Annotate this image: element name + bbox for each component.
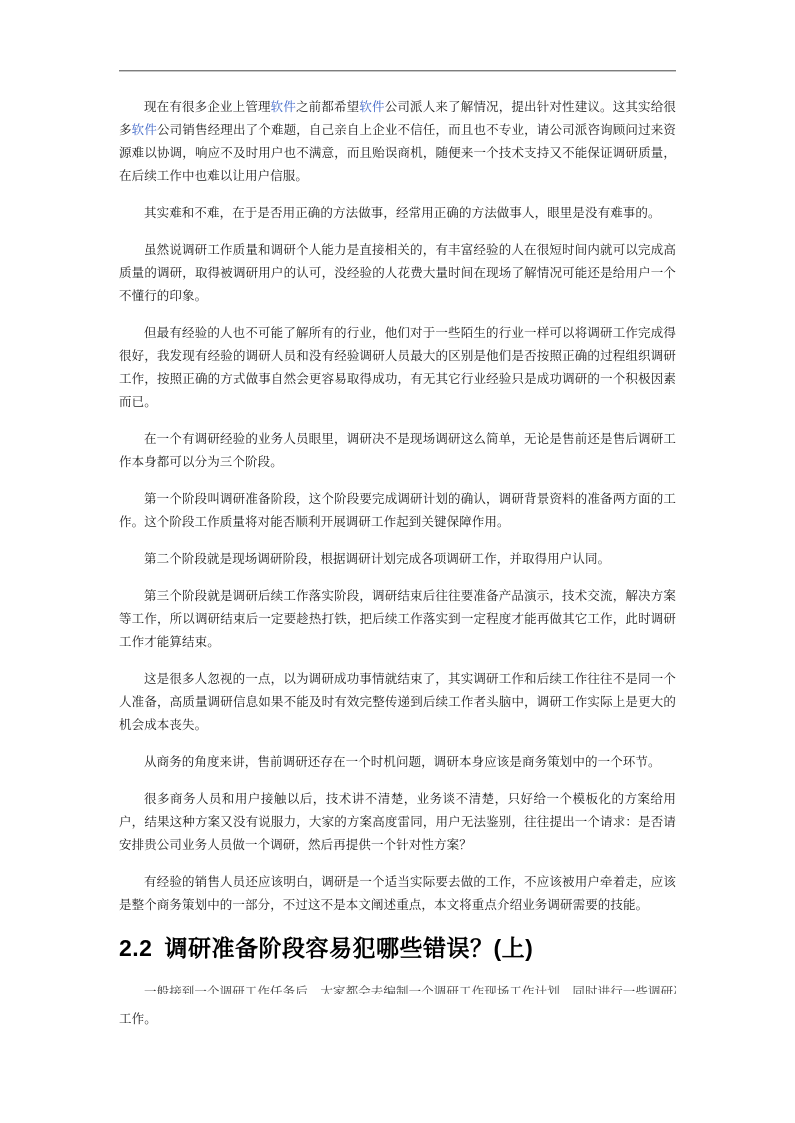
paragraph: 第二个阶段就是现场调研阶段，根据调研计划完成各项调研工作，并取得用户认同。: [119, 548, 676, 571]
paragraph-text: 第一个阶段叫调研准备阶段，这个阶段要完成调研计划的确认，调研背景资料的准备两方面…: [119, 492, 676, 529]
section-heading-text: 调研准备阶段容易犯哪些错误？(上): [164, 935, 533, 961]
paragraph-text: 公司销售经理出了个难题，自己亲自上企业不信任，而且也不专业，请公司派咨询顾问过来…: [119, 123, 676, 183]
paragraph: 从商务的角度来讲，售前调研还存在一个时机问题，调研本身应该是商务策划中的一个环节…: [119, 751, 676, 774]
paragraph-text: 但最有经验的人也不可能了解所有的行业，他们对于一些陌生的行业一样可以将调研工作完…: [119, 326, 676, 409]
paragraph-text: 在一个有调研经验的业务人员眼里，调研决不是现场调研这么简单，无论是售前还是售后调…: [119, 432, 676, 469]
paragraph-text: 现在有很多企业上管理: [144, 100, 271, 114]
clipped-text-line: 一般接到一个调研工作任务后，大家都会去编制一个调研工作现场工作计划，同时进行一些…: [119, 985, 676, 994]
paragraph-text: 有经验的销售人员还应该明白，调研是一个适当实际要去做的工作，不应该被用户牵着走，…: [119, 875, 676, 912]
paragraph-text: 这是很多人忽视的一点，以为调研成功事情就结束了，其实调研工作和后续工作往往不是同…: [119, 672, 676, 732]
document-page: 现在有很多企业上管理软件之前都希望软件公司派人来了解情况，提出针对性建议。这其实…: [0, 0, 795, 1123]
clipped-paragraph: 一般接到一个调研工作任务后，大家都会去编制一个调研工作现场工作计划，同时进行一些…: [119, 985, 676, 1031]
paragraph: 在一个有调研经验的业务人员眼里，调研决不是现场调研这么简单，无论是售前还是售后调…: [119, 428, 676, 474]
software-link[interactable]: 软件: [271, 100, 296, 114]
paragraph-text: 第二个阶段就是现场调研阶段，根据调研计划完成各项调研工作，并取得用户认同。: [144, 552, 610, 566]
paragraph-text: 虽然说调研工作质量和调研个人能力是直接相关的，有丰富经验的人在很短时间内就可以完…: [119, 243, 676, 303]
paragraph-text: 其实难和不难，在于是否用正确的方法做事，经常用正确的方法做事人，眼里是没有难事的…: [144, 206, 661, 220]
paragraph: 很多商务人员和用户接触以后，技术讲不清楚，业务谈不清楚，只好给一个模板化的方案给…: [119, 788, 676, 857]
horizontal-rule: [119, 70, 676, 72]
paragraph: 有经验的销售人员还应该明白，调研是一个适当实际要去做的工作，不应该被用户牵着走，…: [119, 871, 676, 917]
software-link[interactable]: 软件: [359, 100, 384, 114]
paragraph-text: 第三个阶段就是调研后续工作落实阶段，调研结束后往往要准备产品演示，技术交流，解决…: [119, 589, 676, 649]
section-heading-number: 2.2: [119, 935, 152, 961]
clipped-paragraph-rest: 工作。: [119, 1008, 676, 1031]
paragraph: 但最有经验的人也不可能了解所有的行业，他们对于一些陌生的行业一样可以将调研工作完…: [119, 322, 676, 414]
paragraph: 第一个阶段叫调研准备阶段，这个阶段要完成调研计划的确认，调研背景资料的准备两方面…: [119, 488, 676, 534]
paragraph: 这是很多人忽视的一点，以为调研成功事情就结束了，其实调研工作和后续工作往往不是同…: [119, 668, 676, 737]
paragraph: 第三个阶段就是调研后续工作落实阶段，调研结束后往往要准备产品演示，技术交流，解决…: [119, 585, 676, 654]
page-content: 现在有很多企业上管理软件之前都希望软件公司派人来了解情况，提出针对性建议。这其实…: [119, 0, 676, 1031]
paragraph-text: 从商务的角度来讲，售前调研还存在一个时机问题，调研本身应该是商务策划中的一个环节…: [144, 755, 661, 769]
body-paragraphs: 现在有很多企业上管理软件之前都希望软件公司派人来了解情况，提出针对性建议。这其实…: [119, 96, 676, 917]
paragraph: 虽然说调研工作质量和调研个人能力是直接相关的，有丰富经验的人在很短时间内就可以完…: [119, 239, 676, 308]
software-link[interactable]: 软件: [132, 123, 157, 137]
paragraph: 现在有很多企业上管理软件之前都希望软件公司派人来了解情况，提出针对性建议。这其实…: [119, 96, 676, 188]
paragraph-text: 之前都希望: [296, 100, 359, 114]
paragraph-text: 很多商务人员和用户接触以后，技术讲不清楚，业务谈不清楚，只好给一个模板化的方案给…: [119, 792, 676, 852]
section-heading: 2.2调研准备阶段容易犯哪些错误？(上): [119, 933, 676, 963]
paragraph: 其实难和不难，在于是否用正确的方法做事，经常用正确的方法做事人，眼里是没有难事的…: [119, 202, 676, 225]
